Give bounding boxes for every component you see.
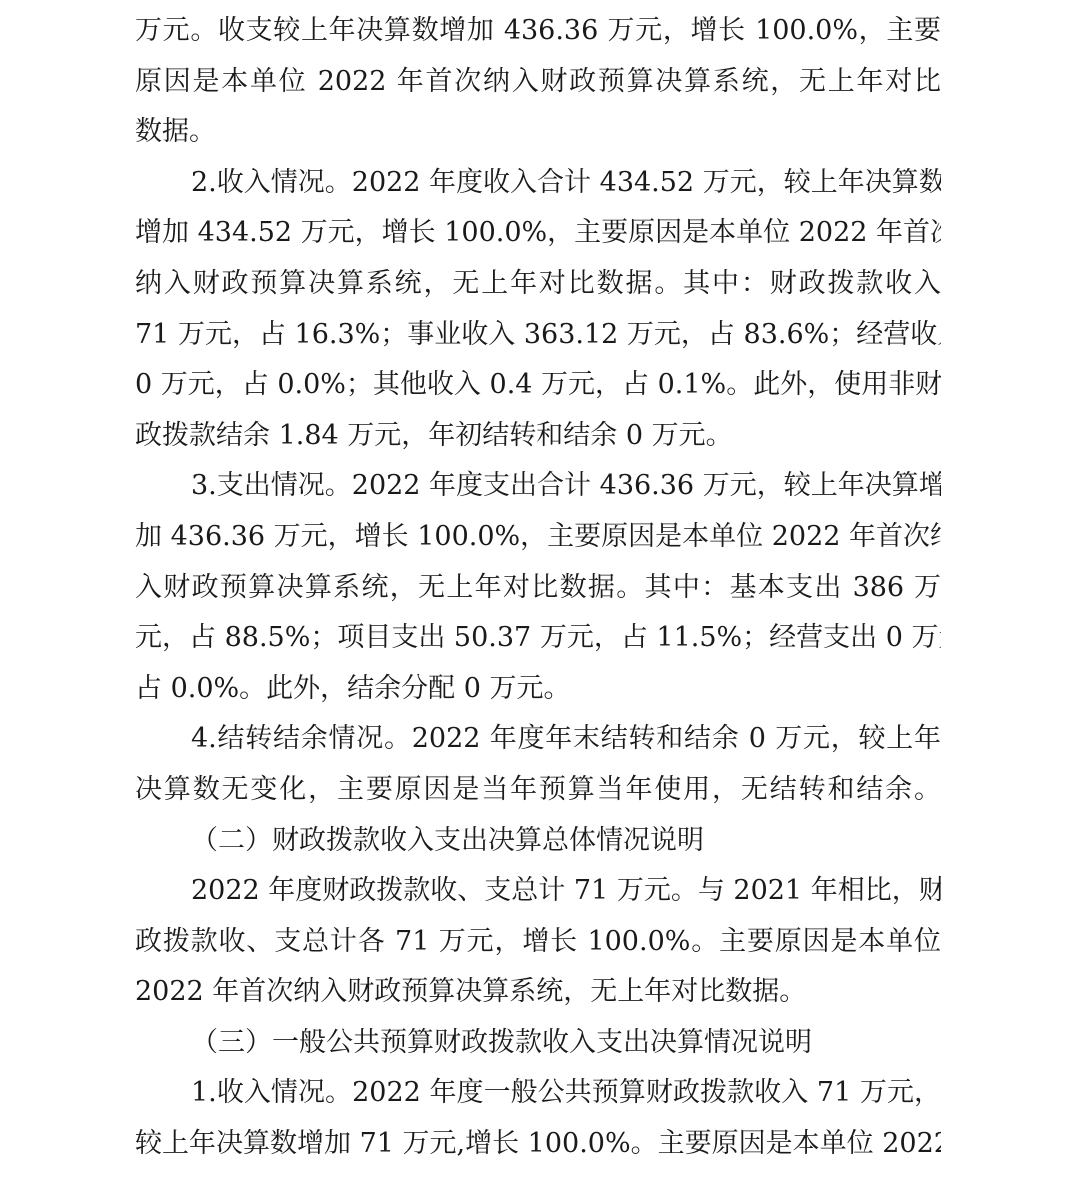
text-line: 2022 年首次纳入财政预算决算系统，无上年对比数据。 — [135, 967, 941, 1018]
paragraph-overall-change: 万元。收支较上年决算数增加 436.36 万元，增长 100.0%，主要 原因是… — [135, 6, 941, 158]
text-line: 2022 年度财政拨款收、支总计 71 万元。与 2021 年相比，财 — [135, 866, 941, 917]
text-line: 元，占 88.5%；项目支出 50.37 万元，占 11.5%；经营支出 0 万… — [135, 613, 941, 664]
text-line: 数据。 — [135, 107, 941, 158]
text-line: 万元。收支较上年决算数增加 436.36 万元，增长 100.0%，主要 — [135, 6, 941, 57]
text-line: 3.支出情况。2022 年度支出合计 436.36 万元，较上年决算增 — [135, 461, 941, 512]
text-line: 加 436.36 万元，增长 100.0%，主要原因是本单位 2022 年首次纳 — [135, 512, 941, 563]
text-line: 原因是本单位 2022 年首次纳入财政预算决算系统，无上年对比 — [135, 57, 941, 108]
document-page: 万元。收支较上年决算数增加 436.36 万元，增长 100.0%，主要 原因是… — [135, 6, 941, 1170]
text-line: 较上年决算数增加 71 万元,增长 100.0%。主要原因是本单位 2022 — [135, 1119, 941, 1170]
section-heading-fiscal-overview: （二）财政拨款收入支出决算总体情况说明 — [135, 816, 941, 867]
text-line: 入财政预算决算系统，无上年对比数据。其中：基本支出 386 万 — [135, 563, 941, 614]
text-line: 政拨款结余 1.84 万元，年初结转和结余 0 万元。 — [135, 411, 941, 462]
text-line: 纳入财政预算决算系统，无上年对比数据。其中：财政拨款收入 — [135, 259, 941, 310]
paragraph-gpb-income: 1.收入情况。2022 年度一般公共预算财政拨款收入 71 万元， 较上年决算数… — [135, 1068, 941, 1169]
paragraph-income: 2.收入情况。2022 年度收入合计 434.52 万元，较上年决算数 增加 4… — [135, 158, 941, 462]
text-line: 1.收入情况。2022 年度一般公共预算财政拨款收入 71 万元， — [135, 1068, 941, 1119]
paragraph-fiscal-total: 2022 年度财政拨款收、支总计 71 万元。与 2021 年相比，财 政拨款收… — [135, 866, 941, 1018]
text-line: 政拨款收、支总计各 71 万元，增长 100.0%。主要原因是本单位 — [135, 917, 941, 968]
text-line: 增加 434.52 万元，增长 100.0%，主要原因是本单位 2022 年首次 — [135, 208, 941, 259]
paragraph-expenditure: 3.支出情况。2022 年度支出合计 436.36 万元，较上年决算增 加 43… — [135, 461, 941, 714]
text-line: 0 万元，占 0.0%；其他收入 0.4 万元，占 0.1%。此外，使用非财 — [135, 360, 941, 411]
text-line: 71 万元，占 16.3%；事业收入 363.12 万元，占 83.6%；经营收… — [135, 310, 941, 361]
paragraph-carryover: 4.结转结余情况。2022 年度年末结转和结余 0 万元，较上年 决算数无变化，… — [135, 714, 941, 815]
text-line: 2.收入情况。2022 年度收入合计 434.52 万元，较上年决算数 — [135, 158, 941, 209]
section-heading-general-public-budget: （三）一般公共预算财政拨款收入支出决算情况说明 — [135, 1018, 941, 1069]
text-line: 决算数无变化，主要原因是当年预算当年使用，无结转和结余。 — [135, 765, 941, 816]
text-line: 占 0.0%。此外，结余分配 0 万元。 — [135, 664, 941, 715]
text-line: 4.结转结余情况。2022 年度年末结转和结余 0 万元，较上年 — [135, 714, 941, 765]
